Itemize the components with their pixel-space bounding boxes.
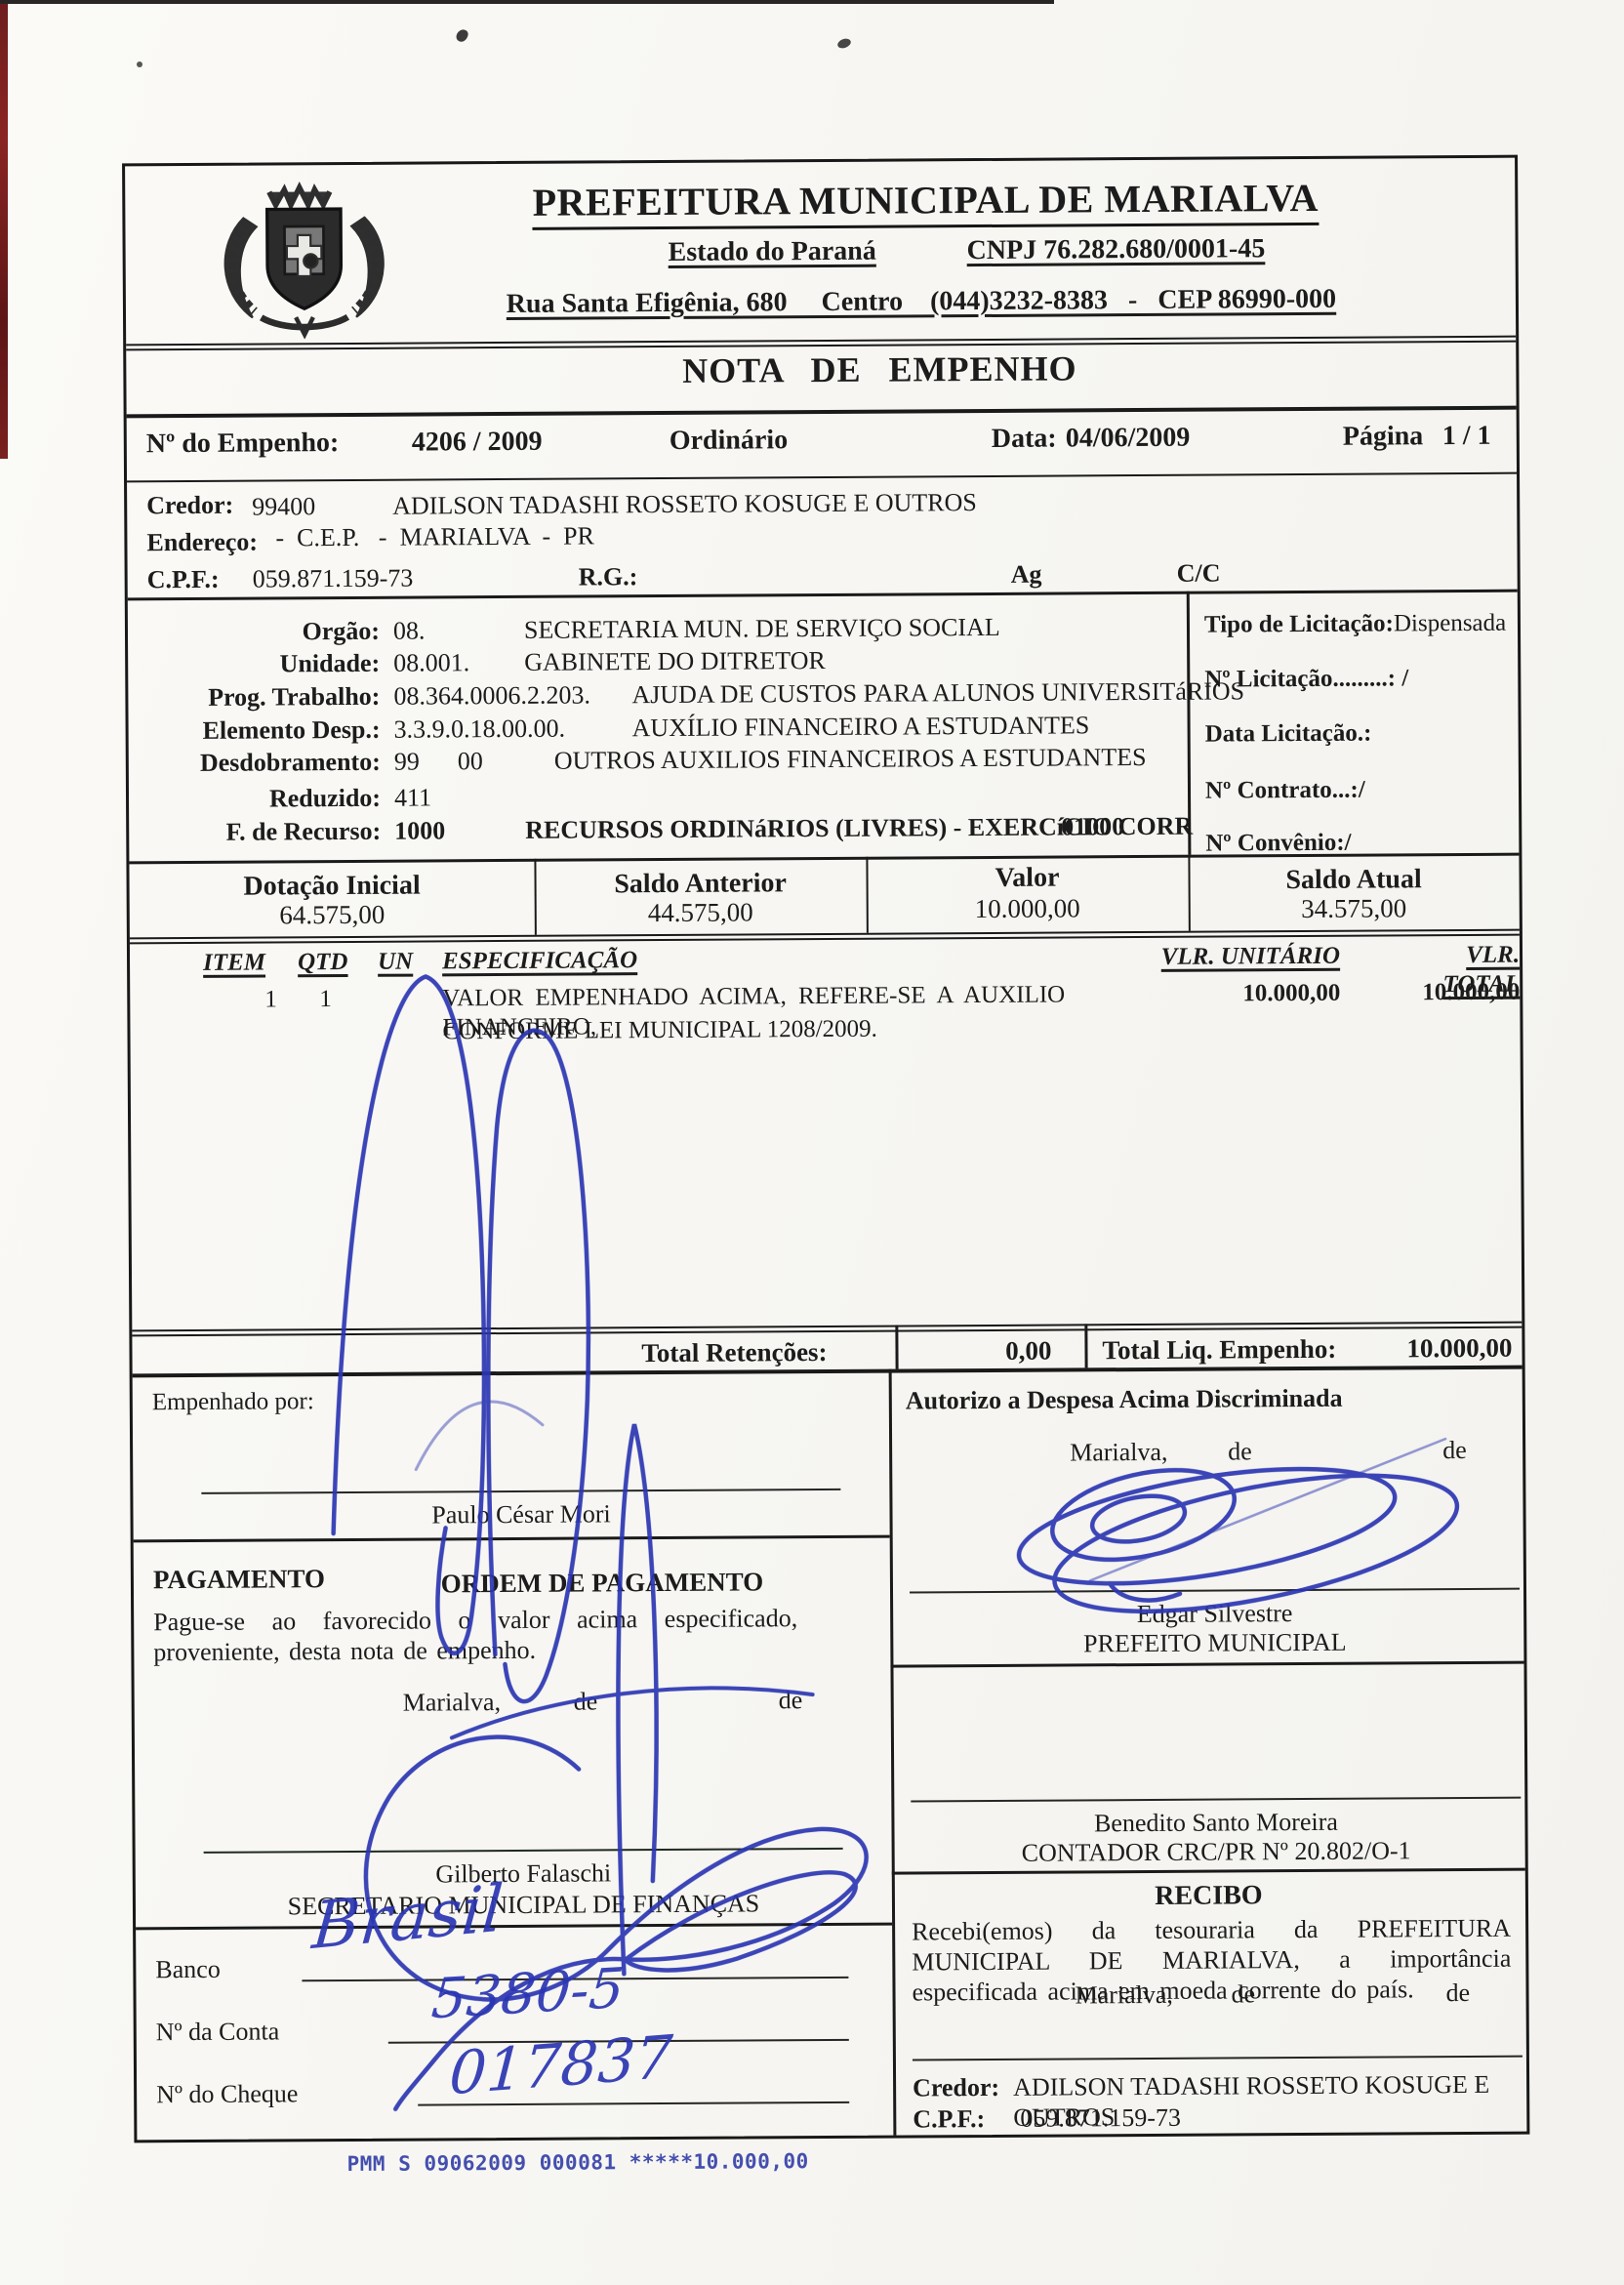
- empenho-number-label: Nº do Empenho:: [146, 427, 340, 460]
- budget-row-desc: OUTROS AUXILIOS FINANCEIROS A ESTUDANTES: [554, 742, 1147, 776]
- pagamento-de2: de: [779, 1685, 803, 1715]
- licitacao-tipo-row: Tipo de Licitação:Dispensada: [1204, 609, 1506, 640]
- divider: [892, 1868, 1525, 1875]
- signature-line: [911, 1797, 1521, 1803]
- nota-de-empenho-form: PREFEITURA MUNICIPAL DE MARIALVA Estado …: [122, 155, 1529, 2143]
- items-header-item: ITEM: [203, 949, 265, 978]
- budget-row-label: Reduzido:: [137, 783, 381, 815]
- budget-row-label: F. de Recurso:: [137, 816, 381, 848]
- credor-code: 99400: [252, 491, 315, 521]
- page-value: 1 / 1: [1442, 420, 1491, 452]
- divider: [136, 1923, 892, 1931]
- budget-row: Unidade: 08.001. GABINETE DO DITRETOR: [136, 645, 826, 679]
- banco-label: Banco: [155, 1954, 221, 1984]
- cpf-value: 059.871.159-73: [253, 563, 414, 594]
- credor-label: Credor:: [146, 490, 233, 521]
- budget-row: Elemento Desp.: 3.3.9.0.18.00.00. AUXÍLI…: [137, 710, 1090, 746]
- budget-row-code: 411: [394, 782, 431, 812]
- signature-line: [913, 2056, 1522, 2061]
- licitacao-tipo-value: Dispensada: [1394, 610, 1506, 637]
- empenho-date-value: 04/06/2009: [1066, 422, 1191, 455]
- budget-row-code: 08.: [393, 615, 510, 646]
- cpf-label: C.P.F.:: [147, 564, 220, 594]
- recibo-text: Recebi(emos) da tesouraria da PREFEITURA…: [912, 1913, 1512, 2008]
- retencoes-label: Total Retenções:: [132, 1336, 827, 1371]
- divider: [127, 472, 1517, 483]
- budget-row-code: 3.3.9.0.18.00.00.: [394, 713, 619, 744]
- budget-row-label: Desdobramento:: [137, 747, 381, 779]
- scan-top-edge-artifact: [0, 0, 1054, 4]
- budget-row-label: Unidade:: [136, 648, 380, 680]
- autorizo-title: Autorizo a Despesa Acima Discriminada: [906, 1383, 1343, 1416]
- budget-row-desc: AUXÍLIO FINANCEIRO A ESTUDANTES: [632, 710, 1090, 743]
- budget-row: Reduzido: 411: [137, 782, 431, 814]
- accountant-title: CONTADOR CRC/PR Nº 20.802/O-1: [912, 1835, 1522, 1869]
- totals-value: 10.000,00: [867, 892, 1189, 925]
- totals-value: 64.575,00: [130, 898, 535, 932]
- divider: [890, 1661, 1523, 1668]
- divider: [1084, 1324, 1087, 1367]
- pagamento-text: Pague-se ao favorecido o valor acima esp…: [153, 1603, 797, 1667]
- liq-empenho-value: 10.000,00: [1342, 1332, 1512, 1365]
- items-header-un: UN: [378, 948, 413, 977]
- divider: [134, 1535, 890, 1543]
- empenhado-por-name: Paulo César Mori: [201, 1497, 840, 1531]
- endereco-label: Endereço:: [146, 527, 258, 558]
- autorizo-de2: de: [1442, 1435, 1467, 1465]
- empenho-type: Ordinário: [670, 424, 789, 457]
- budget-row-label: Orgão:: [136, 616, 380, 648]
- pagamento-city: Marialva,: [403, 1687, 502, 1718]
- cheque-label: Nº do Cheque: [156, 2078, 298, 2109]
- item-qty: 1: [319, 985, 332, 1014]
- header-title-block: PREFEITURA MUNICIPAL DE MARIALVA: [437, 174, 1413, 225]
- budget-row-desc: AJUDA DE CUSTOS PARA ALUNOS UNIVERSITáRI…: [631, 675, 1244, 710]
- rg-label: R.G.:: [579, 561, 638, 592]
- divider: [1187, 592, 1192, 855]
- cc-label: C/C: [1177, 558, 1221, 589]
- recibo-cpf-value: 059.871.159-73: [1020, 2102, 1181, 2134]
- credor-name: ADILSON TADASHI ROSSETO KOSUGE E OUTROS: [392, 487, 977, 521]
- budget-row-code: 1000: [394, 815, 511, 846]
- endereco-value: - C.E.P. - MARIALVA - PR: [275, 520, 594, 552]
- dot-matrix-footer-line: PMM S 09062009 000081 *****10.000,00: [347, 2149, 809, 2176]
- recibo-city: Marialva,: [1075, 1979, 1173, 2011]
- budget-row-code: 99 00: [394, 746, 541, 777]
- budget-row-code: 08.364.0006.2.203.: [393, 679, 618, 711]
- autorizo-de1: de: [1228, 1436, 1252, 1466]
- licitacao-num: Nº Licitação.........: /: [1204, 664, 1408, 694]
- pagamento-title: PAGAMENTO: [153, 1563, 325, 1595]
- licitacao-tipo-label: Tipo de Licitação:: [1204, 610, 1394, 637]
- conta-label: Nº da Conta: [156, 2016, 280, 2047]
- signature-line: [201, 1489, 840, 1494]
- totals-header: Valor: [866, 861, 1188, 895]
- recibo-credor-label: Credor:: [913, 2072, 999, 2103]
- scanned-document: { "header": { "title": "PREFEITURA MUNIC…: [0, 0, 1624, 2285]
- address-line-wrap: Rua Santa Efigênia, 680 Centro (044)3232…: [331, 283, 1512, 321]
- items-header-qtd: QTD: [298, 948, 348, 977]
- recurso-extra-code: 01000: [1061, 811, 1124, 841]
- items-header-vlr-unitario: VLR. UNITÁRIO: [1145, 942, 1340, 972]
- licitacao-data: Data Licitação.:: [1205, 719, 1372, 750]
- budget-row: F. de Recurso: 1000 RECURSOS ORDINáRIOS …: [137, 811, 1193, 848]
- empenhado-por-label: Empenhado por:: [152, 1387, 314, 1417]
- document-title: NOTA DE EMPENHO: [126, 346, 1516, 395]
- autorizo-city: Marialva,: [1070, 1437, 1168, 1468]
- page-label: Página: [1343, 420, 1424, 453]
- scan-edge-artifact: [0, 0, 8, 459]
- divider: [129, 853, 1519, 865]
- divider: [127, 406, 1517, 419]
- liq-empenho-label: Total Liq. Empenho:: [1102, 1333, 1336, 1366]
- item-spec-line2: CONFORME LEI MUNICIPAL 1208/2009.: [442, 1013, 1145, 1046]
- budget-row: Orgão: 08. SECRETARIA MUN. DE SERVIÇO SO…: [136, 612, 1000, 647]
- budget-row-desc: GABINETE DO DITRETOR: [524, 645, 826, 677]
- ink-speck: [137, 61, 142, 67]
- item-number: 1: [264, 985, 277, 1014]
- totals-value: 44.575,00: [535, 896, 867, 929]
- signature-line: [204, 1848, 843, 1854]
- totals-value: 34.575,00: [1189, 892, 1520, 925]
- recibo-de2: de: [1445, 1978, 1470, 2008]
- items-header-espec: ESPECIFICAÇÃO: [442, 946, 637, 976]
- budget-row-label: Prog. Trabalho:: [136, 681, 380, 714]
- secretary-title: SECRETARIO MUNICIPAL DE FINANÇAS: [204, 1888, 843, 1922]
- recibo-cpf-label: C.P.F.:: [913, 2103, 985, 2134]
- budget-row-code: 08.001.: [393, 647, 510, 678]
- recibo-title: RECIBO: [892, 1878, 1525, 1914]
- recibo-de1: de: [1231, 1979, 1255, 2009]
- handwriting-conta: 5380-5: [429, 1957, 627, 2032]
- budget-row: Prog. Trabalho: 08.364.0006.2.203. AJUDA…: [136, 675, 1244, 713]
- item-vlr-unitario: 10.000,00: [1145, 979, 1340, 1009]
- cnpj-label: CNPJ 76.282.680/0001-45: [967, 233, 1266, 266]
- mayor-title: PREFEITO MUNICIPAL: [910, 1626, 1520, 1660]
- empenho-number-value: 4206 / 2009: [412, 426, 543, 459]
- state-label: Estado do Paraná: [669, 236, 876, 268]
- signature-line: [910, 1588, 1520, 1594]
- ag-label: Ag: [1011, 559, 1042, 590]
- ordem-pagamento-title: ORDEM DE PAGAMENTO: [368, 1566, 836, 1600]
- empenho-date-label: Data:: [992, 423, 1057, 455]
- licitacao-contrato: Nº Contrato...:/: [1205, 776, 1365, 806]
- retencoes-value: 0,00: [895, 1335, 1051, 1367]
- handwriting-cheque: 017837: [447, 2022, 674, 2108]
- address-line: Rua Santa Efigênia, 680 Centro (044)3232…: [507, 284, 1337, 319]
- municipality-title: PREFEITURA MUNICIPAL DE MARIALVA: [532, 176, 1319, 230]
- secretary-name: Gilberto Falaschi: [204, 1857, 843, 1891]
- divider: [889, 1369, 897, 2136]
- budget-row-label: Elemento Desp.:: [137, 714, 381, 747]
- budget-row: Desdobramento: 99 00 OUTROS AUXILIOS FIN…: [137, 742, 1147, 778]
- budget-row-desc: SECRETARIA MUN. DE SERVIÇO SOCIAL: [524, 612, 1000, 645]
- pagamento-de1: de: [574, 1686, 598, 1716]
- item-vlr-total: 10.000,00: [1375, 978, 1520, 1008]
